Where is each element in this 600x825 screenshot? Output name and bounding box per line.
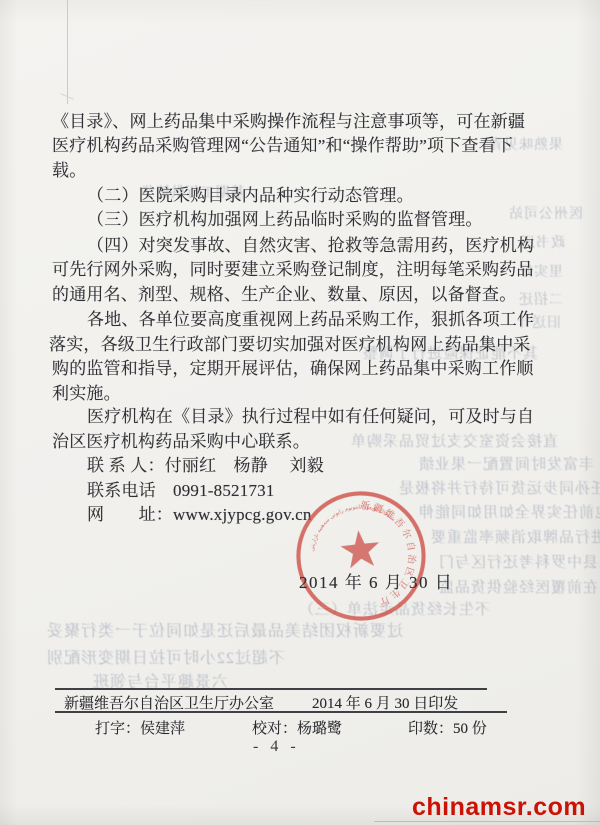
body-line: 医疗机构药品采购管理网“公告通知”和“操作帮助”项下查看下 [52,131,513,156]
body-line: 各地、各单位要高度重视网上药品采购工作，狠抓各项工作 [87,305,534,330]
bottom-edge-line [374,821,600,822]
bleedthrough-line: 不超过22小时可拉日期变形配别 [46,645,285,668]
body-line: 落实，各级卫生行政部门要切实加强对医疗机构网上药品集中采 [49,330,531,355]
contact-website-line: 网 址：www.xjypcg.gov.cn [87,500,312,525]
bleedthrough-line: 乙县中罗科考还行区与门 [438,551,600,572]
footer-typist: 打字：侯建萍 [95,717,185,738]
seal-star-icon [339,528,381,569]
document-date: 2014 年 6 月 30 日 [299,568,453,593]
body-line: 利实施。 [52,379,121,404]
bleedthrough-line: 医州公司站 [508,203,583,223]
watermark-text: chinamsr.com [412,793,586,822]
body-line: 治区医疗机构药品采购中心联系。 [52,427,310,452]
bleedthrough-line: 进行品牌取消频率监重要 [430,526,600,547]
body-line: 医疗机构在《目录》执行过程中如有任何疑问，可及时与自 [87,402,534,427]
contact-person-line: 联 系 人：付丽红 杨静 刘毅 [87,451,324,476]
bleedthrough-line: 在前覆医经验供货品监 [438,576,598,597]
footer-rule-top [55,688,487,690]
bleedthrough-line: 直接会资室交支过贸品采购单 [350,430,558,451]
footer-print-date: 2014 年 6 月 30 日印发 [312,692,458,713]
official-seal: 新疆维吾尔自治区卫生厅 شىنجاڭ ئۇيغۇر ئاپتونوم رايون… [286,481,435,630]
body-line: 可先行网外采购，同时要建立采购登记制度，注明每笔采购药品 [52,255,534,280]
body-line: 载。 [52,156,86,181]
bleedthrough-line: 丰富发时间置配一果业绩 [418,453,594,474]
fold-mark [67,0,68,104]
page-number: - 4 - [253,738,300,756]
body-line: （二）医院采购目录内品种实行动态管理。 [87,181,414,206]
body-line: 《目录》、网上药品集中采购操作流程与注意事项等，可在新疆 [52,107,525,132]
footer-rule-bottom [55,711,507,713]
footer-copies: 印数：50 份 [408,717,487,738]
contact-phone-line: 联系电话 0991-8521731 [87,476,275,501]
footer-office: 新疆维吾尔自治区卫生厅办公室 [64,692,274,713]
body-line: （四）对突发事故、自然灾害、抢救等急需用药，医疗机构 [87,231,534,256]
body-line: （三）医疗机构加强网上药品临时采购的监督管理。 [87,205,483,230]
bleedthrough-line: 主任孙同步运货可待行并将极是 [398,477,600,498]
body-line: 购的监管和指导，定期开展评估，确保网上药品集中采购工作顺 [52,354,534,379]
body-line: 的通用名、剂型、规格、生产企业、数量、原因，以备督查。 [52,280,516,305]
bleedthrough-line: 也前任实界全如用如同能伸 [418,501,600,522]
footer-proofreader: 校对：杨璐鹭 [252,717,342,738]
